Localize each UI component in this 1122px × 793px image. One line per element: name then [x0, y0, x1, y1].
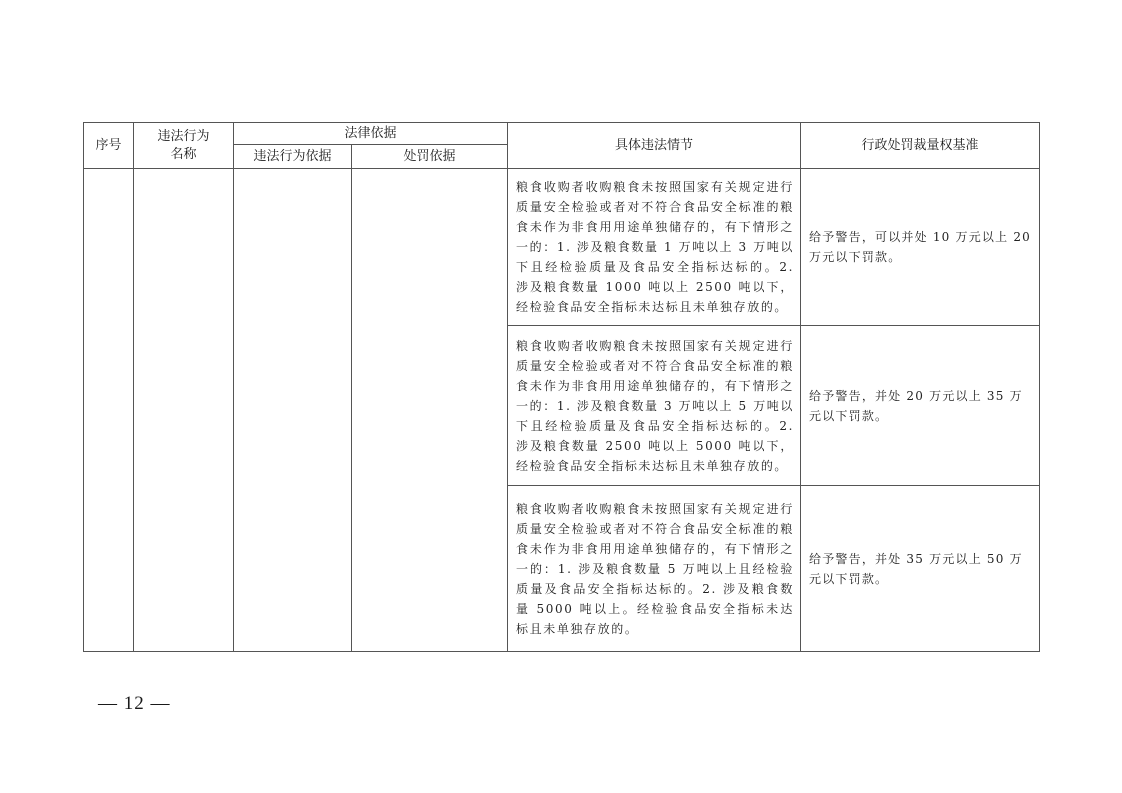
header-discretion-standard: 行政处罚裁量权基准 — [801, 123, 1040, 169]
header-violation-name-line1: 违法行为 — [134, 128, 233, 146]
cell-violation-name — [134, 169, 234, 652]
cell-details: 粮食收购者收购粮食未按照国家有关规定进行质量安全检验或者对不符合食品安全标准的粮… — [508, 486, 801, 652]
cell-seq — [84, 169, 134, 652]
header-violation-name: 违法行为 名称 — [134, 123, 234, 169]
header-legal-basis: 法律依据 — [234, 123, 508, 145]
header-row-top: 序号 违法行为 名称 法律依据 具体违法情节 行政处罚裁量权基准 — [84, 123, 1040, 145]
cell-details: 粮食收购者收购粮食未按照国家有关规定进行质量安全检验或者对不符合食品安全标准的粮… — [508, 326, 801, 486]
header-violation-basis: 违法行为依据 — [234, 145, 352, 169]
table-row: 粮食收购者收购粮食未按照国家有关规定进行质量安全检验或者对不符合食品安全标准的粮… — [84, 169, 1040, 326]
cell-standard: 给予警告，可以并处 10 万元以上 20 万元以下罚款。 — [801, 169, 1040, 326]
penalty-discretion-table: 序号 违法行为 名称 法律依据 具体违法情节 行政处罚裁量权基准 违法行为依据 … — [83, 122, 1040, 652]
cell-violation-basis — [234, 169, 352, 652]
header-details: 具体违法情节 — [508, 123, 801, 169]
page-number: — 12 — — [98, 693, 171, 715]
header-seq: 序号 — [84, 123, 134, 169]
document-page: 序号 违法行为 名称 法律依据 具体违法情节 行政处罚裁量权基准 违法行为依据 … — [0, 0, 1122, 793]
header-penalty-basis: 处罚依据 — [352, 145, 508, 169]
cell-standard: 给予警告，并处 35 万元以上 50 万元以下罚款。 — [801, 486, 1040, 652]
cell-penalty-basis — [352, 169, 508, 652]
header-violation-name-line2: 名称 — [134, 146, 233, 164]
cell-details: 粮食收购者收购粮食未按照国家有关规定进行质量安全检验或者对不符合食品安全标准的粮… — [508, 169, 801, 326]
cell-standard: 给予警告，并处 20 万元以上 35 万元以下罚款。 — [801, 326, 1040, 486]
